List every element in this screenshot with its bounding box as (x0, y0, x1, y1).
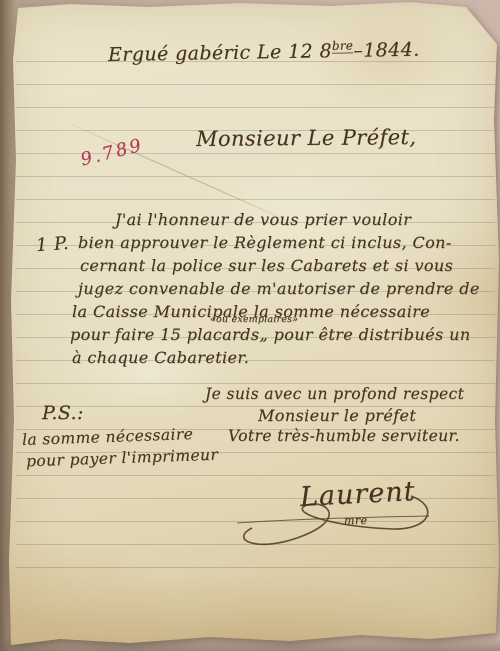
postscript-line: pour payer l'imprimeur (26, 446, 219, 471)
interline-insertion: «ou exemplaires» (210, 314, 298, 325)
postscript-label: P.S.: (42, 402, 84, 424)
closing-line: Je suis avec un profond respect (205, 385, 464, 403)
dateline-place-date: Ergué gabéric Le 12 8 (108, 40, 332, 66)
dateline-year: –1844. (353, 39, 420, 62)
enclosure-note: 1 P. (35, 233, 69, 256)
paper-sheet: Ergué gabéric Le 12 8bre–1844. 9.789 Mon… (0, 0, 500, 651)
salutation: Monsieur Le Préfet, (196, 125, 417, 151)
paper-shadow-wrap: Ergué gabéric Le 12 8bre–1844. 9.789 Mon… (0, 0, 500, 651)
body-line: pour faire 15 placards„ pour être distri… (70, 325, 471, 344)
body-line: J'ai l'honneur de vous prier vouloir (115, 210, 411, 229)
body-line: bien approuver le Règlement ci inclus, C… (78, 233, 452, 252)
registry-number: 9.789 (78, 135, 145, 171)
body-line: à chaque Cabaretier. (72, 348, 249, 367)
signature-name: Laurent (299, 476, 416, 513)
closing-line: Votre très-humble serviteur. (228, 427, 460, 445)
closing-line: Monsieur le préfet (258, 406, 416, 425)
body-line: cernant la police sur les Cabarets et si… (80, 256, 453, 275)
body-line: jugez convenable de m'autoriser de prend… (78, 279, 480, 298)
scanned-letter-background: Ergué gabéric Le 12 8bre–1844. 9.789 Mon… (0, 0, 500, 651)
dateline: Ergué gabéric Le 12 8bre–1844. (108, 37, 418, 66)
signature-title: mre (344, 514, 367, 527)
dateline-month-superscript: bre (332, 38, 354, 53)
postscript-line: la somme nécessaire (22, 425, 194, 449)
